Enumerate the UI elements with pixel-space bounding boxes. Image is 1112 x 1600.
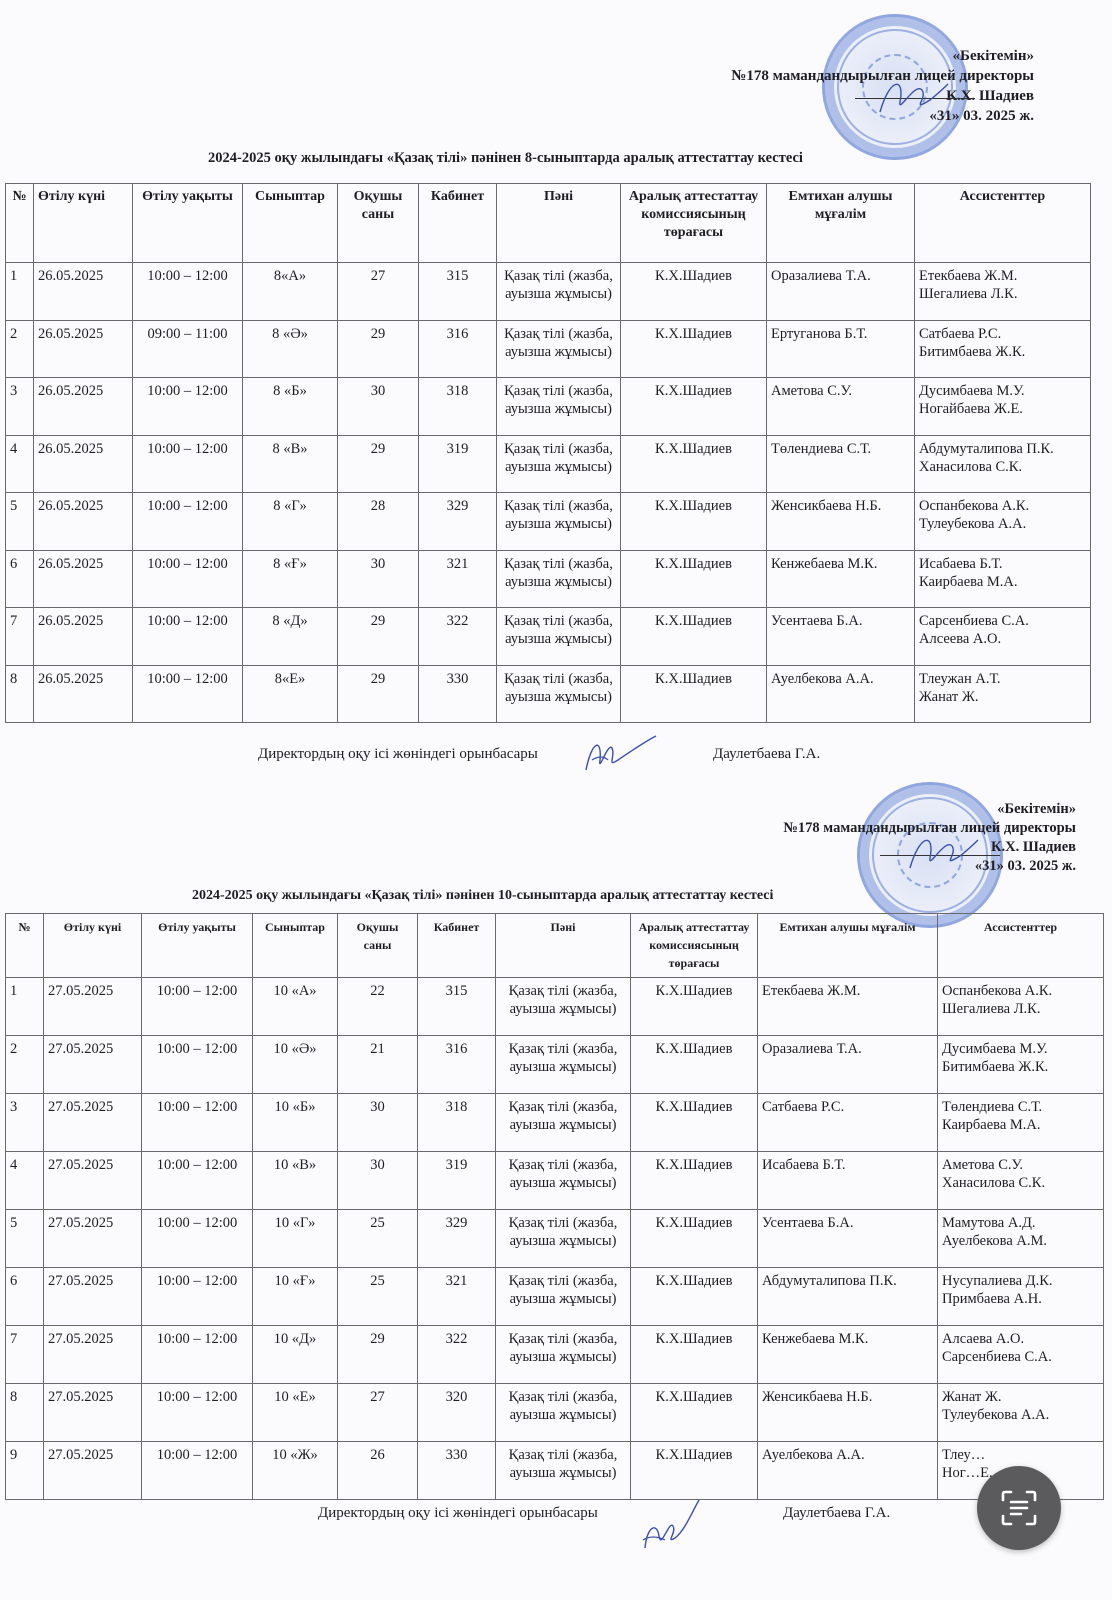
assistant-name: Абдумуталипова П.К. xyxy=(919,440,1086,458)
exam-time: 10:00 – 12:00 xyxy=(133,263,243,321)
table-row: 527.05.202510:00 – 12:0010 «Г»25329Қазақ… xyxy=(6,1210,1104,1268)
approval-label: «Бекітемін» xyxy=(783,800,1076,819)
footer-deputy-name: Даулетбаева Г.А. xyxy=(783,1505,890,1522)
assistants: Дусимбаева М.У.Ногайбаева Ж.Е. xyxy=(915,378,1091,436)
exam-date: 26.05.2025 xyxy=(34,378,133,436)
commission-chair: К.Х.Шадиев xyxy=(631,978,758,1036)
assistants: Төлендиева С.Т.Каирбаева М.А. xyxy=(938,1094,1104,1152)
table-row: 827.05.202510:00 – 12:0010 «Е»27320Қазақ… xyxy=(6,1384,1104,1442)
examiner-teacher: Аметова С.У. xyxy=(767,378,915,436)
table-row: 526.05.202510:00 – 12:008 «Г»28329Қазақ … xyxy=(6,493,1091,551)
exam-date: 27.05.2025 xyxy=(44,978,142,1036)
assistants: Аметова С.У.Ханасилова С.К. xyxy=(938,1152,1104,1210)
approval-block: «Бекітемін» №178 мамандандырылған лицей … xyxy=(783,800,1076,876)
grade10-schedule-table: № Өтілу күні Өтілу уақыты Сыныптар Оқушы… xyxy=(5,913,1104,1500)
col-header-room: Кабинет xyxy=(418,914,496,978)
col-header-time: Өтілу уақыты xyxy=(133,184,243,263)
col-header-number: № xyxy=(6,914,44,978)
student-count: 30 xyxy=(338,550,419,608)
subject: Қазақ тілі (жазба, ауызша жұмысы) xyxy=(497,665,621,723)
subject: Қазақ тілі (жазба, ауызша жұмысы) xyxy=(496,1268,631,1326)
row-number: 5 xyxy=(6,493,34,551)
approval-director-name: К.Х. Шадиев xyxy=(731,86,1034,106)
subject: Қазақ тілі (жазба, ауызша жұмысы) xyxy=(497,493,621,551)
examiner-teacher: Ауелбекова А.А. xyxy=(767,665,915,723)
footer-position: Директордың оқу ісі жөніндегі орынбасары xyxy=(258,746,538,763)
row-number: 6 xyxy=(6,1268,44,1326)
subject: Қазақ тілі (жазба, ауызша жұмысы) xyxy=(496,1036,631,1094)
class-name: 10 «Ә» xyxy=(253,1036,338,1094)
room-number: 322 xyxy=(419,608,497,666)
subject: Қазақ тілі (жазба, ауызша жұмысы) xyxy=(497,435,621,493)
grade8-schedule-table: № Өтілу күні Өтілу уақыты Сыныптар Оқушы… xyxy=(5,183,1091,723)
commission-chair: К.Х.Шадиев xyxy=(621,608,767,666)
class-name: 10 «Д» xyxy=(253,1326,338,1384)
assistants: Исабаева Б.Т.Каирбаева М.А. xyxy=(915,550,1091,608)
table-row: 127.05.202510:00 – 12:0010 «А»22315Қазақ… xyxy=(6,978,1104,1036)
room-number: 319 xyxy=(418,1152,496,1210)
assistants: Етекбаева Ж.М.Шегалиева Л.К. xyxy=(915,263,1091,321)
table-row: 326.05.202510:00 – 12:008 «Б»30318Қазақ … xyxy=(6,378,1091,436)
document-title: 2024-2025 оқу жылындағы «Қазақ тілі» пән… xyxy=(192,888,773,904)
commission-chair: К.Х.Шадиев xyxy=(631,1442,758,1500)
table-row: 427.05.202510:00 – 12:0010 «В»30319Қазақ… xyxy=(6,1152,1104,1210)
table-row: 226.05.202509:00 – 11:008 «Ә»29316Қазақ … xyxy=(6,320,1091,378)
col-header-classes: Сыныптар xyxy=(243,184,338,263)
exam-date: 27.05.2025 xyxy=(44,1442,142,1500)
commission-chair: К.Х.Шадиев xyxy=(621,263,767,321)
class-name: 8 «Б» xyxy=(243,378,338,436)
col-header-classes: Сыныптар xyxy=(253,914,338,978)
assistant-name: Дусимбаева М.У. xyxy=(919,382,1086,400)
class-name: 8 «В» xyxy=(243,435,338,493)
student-count: 29 xyxy=(338,320,419,378)
exam-time: 10:00 – 12:00 xyxy=(142,1268,253,1326)
row-number: 2 xyxy=(6,320,34,378)
assistants: Оспанбекова А.К.Тулеубекова А.А. xyxy=(915,493,1091,551)
assistant-name: Битимбаева Ж.К. xyxy=(942,1058,1099,1076)
subject: Қазақ тілі (жазба, ауызша жұмысы) xyxy=(497,263,621,321)
examiner-teacher: Төлендиева С.Т. xyxy=(767,435,915,493)
subject: Қазақ тілі (жазба, ауызша жұмысы) xyxy=(497,378,621,436)
assistant-name: Примбаева А.Н. xyxy=(942,1290,1099,1308)
exam-time: 10:00 – 12:00 xyxy=(133,550,243,608)
col-header-teacher: Емтихан алушы мұғалім xyxy=(758,914,938,978)
footer-deputy-name: Даулетбаева Г.А. xyxy=(713,746,820,763)
assistant-name: Мамутова А.Д. xyxy=(942,1214,1099,1232)
student-count: 29 xyxy=(338,665,419,723)
student-count: 27 xyxy=(338,263,419,321)
examiner-teacher: Ертуганова Б.Т. xyxy=(767,320,915,378)
row-number: 6 xyxy=(6,550,34,608)
exam-date: 26.05.2025 xyxy=(34,550,133,608)
table-row: 726.05.202510:00 – 12:008 «Д»29322Қазақ … xyxy=(6,608,1091,666)
col-header-assistants: Ассистенттер xyxy=(938,914,1104,978)
col-header-teacher: Емтихан алушы мұғалім xyxy=(767,184,915,263)
scan-text-icon xyxy=(999,1488,1039,1528)
scan-text-button[interactable] xyxy=(977,1466,1061,1550)
commission-chair: К.Х.Шадиев xyxy=(621,378,767,436)
exam-time: 10:00 – 12:00 xyxy=(142,1152,253,1210)
assistant-name: Тлеу… xyxy=(942,1446,1099,1464)
assistant-name: Төлендиева С.Т. xyxy=(942,1098,1099,1116)
assistant-name: Ханасилова С.К. xyxy=(942,1174,1099,1192)
subject: Қазақ тілі (жазба, ауызша жұмысы) xyxy=(497,550,621,608)
exam-time: 10:00 – 12:00 xyxy=(142,1094,253,1152)
commission-chair: К.Х.Шадиев xyxy=(621,493,767,551)
room-number: 315 xyxy=(418,978,496,1036)
commission-chair: К.Х.Шадиев xyxy=(631,1326,758,1384)
assistants: Абдумуталипова П.К.Ханасилова С.К. xyxy=(915,435,1091,493)
student-count: 30 xyxy=(338,378,419,436)
assistants: Оспанбекова А.К.Шегалиева Л.К. xyxy=(938,978,1104,1036)
room-number: 321 xyxy=(418,1268,496,1326)
row-number: 5 xyxy=(6,1210,44,1268)
row-number: 7 xyxy=(6,1326,44,1384)
class-name: 10 «Г» xyxy=(253,1210,338,1268)
commission-chair: К.Х.Шадиев xyxy=(631,1152,758,1210)
footer-position: Директордың оқу ісі жөніндегі орынбасары xyxy=(318,1505,598,1522)
row-number: 8 xyxy=(6,1384,44,1442)
class-name: 8 «Ғ» xyxy=(243,550,338,608)
exam-time: 10:00 – 12:00 xyxy=(142,1326,253,1384)
class-name: 10 «В» xyxy=(253,1152,338,1210)
subject: Қазақ тілі (жазба, ауызша жұмысы) xyxy=(496,978,631,1036)
room-number: 316 xyxy=(419,320,497,378)
exam-date: 27.05.2025 xyxy=(44,1036,142,1094)
table-row: 327.05.202510:00 – 12:0010 «Б»30318Қазақ… xyxy=(6,1094,1104,1152)
student-count: 29 xyxy=(338,435,419,493)
student-count: 27 xyxy=(338,1384,418,1442)
commission-chair: К.Х.Шадиев xyxy=(631,1036,758,1094)
col-header-assistants: Ассистенттер xyxy=(915,184,1091,263)
commission-chair: К.Х.Шадиев xyxy=(621,665,767,723)
exam-date: 26.05.2025 xyxy=(34,608,133,666)
exam-time: 10:00 – 12:00 xyxy=(133,493,243,551)
col-header-students: Оқушы саны xyxy=(338,914,418,978)
examiner-teacher: Кенжебаева М.К. xyxy=(767,550,915,608)
approval-director-title: №178 мамандандырылған лицей директоры xyxy=(731,66,1034,86)
approval-signature-line xyxy=(880,855,1000,856)
row-number: 9 xyxy=(6,1442,44,1500)
assistant-name: Сарсенбиева С.А. xyxy=(942,1348,1099,1366)
class-name: 8«А» xyxy=(243,263,338,321)
commission-chair: К.Х.Шадиев xyxy=(631,1268,758,1326)
exam-date: 27.05.2025 xyxy=(44,1210,142,1268)
subject: Қазақ тілі (жазба, ауызша жұмысы) xyxy=(496,1152,631,1210)
examiner-teacher: Ауелбекова А.А. xyxy=(758,1442,938,1500)
col-header-date: Өтілу күні xyxy=(34,184,133,263)
row-number: 3 xyxy=(6,378,34,436)
deputy-signature-icon xyxy=(578,730,658,778)
row-number: 4 xyxy=(6,1152,44,1210)
student-count: 29 xyxy=(338,1326,418,1384)
exam-date: 26.05.2025 xyxy=(34,320,133,378)
class-name: 10 «Ж» xyxy=(253,1442,338,1500)
assistant-name: Дусимбаева М.У. xyxy=(942,1040,1099,1058)
exam-date: 27.05.2025 xyxy=(44,1326,142,1384)
exam-time: 10:00 – 12:00 xyxy=(142,1384,253,1442)
row-number: 4 xyxy=(6,435,34,493)
row-number: 1 xyxy=(6,263,34,321)
student-count: 29 xyxy=(338,608,419,666)
student-count: 28 xyxy=(338,493,419,551)
col-header-time: Өтілу уақыты xyxy=(142,914,253,978)
examiner-teacher: Кенжебаева М.К. xyxy=(758,1326,938,1384)
assistants: Тлеужан А.Т.Жанат Ж. xyxy=(915,665,1091,723)
room-number: 316 xyxy=(418,1036,496,1094)
class-name: 10 «А» xyxy=(253,978,338,1036)
assistant-name: Етекбаева Ж.М. xyxy=(919,267,1086,285)
examiner-teacher: Женсикбаева Н.Б. xyxy=(758,1384,938,1442)
row-number: 2 xyxy=(6,1036,44,1094)
exam-date: 27.05.2025 xyxy=(44,1152,142,1210)
room-number: 315 xyxy=(419,263,497,321)
room-number: 330 xyxy=(419,665,497,723)
subject: Қазақ тілі (жазба, ауызша жұмысы) xyxy=(496,1442,631,1500)
student-count: 21 xyxy=(338,1036,418,1094)
exam-date: 27.05.2025 xyxy=(44,1094,142,1152)
examiner-teacher: Женсикбаева Н.Б. xyxy=(767,493,915,551)
assistant-name: Алсеева А.О. xyxy=(919,630,1086,648)
table-row: 826.05.202510:00 – 12:008«Е»29330Қазақ т… xyxy=(6,665,1091,723)
approval-date: «31» 03. 2025 ж. xyxy=(731,106,1034,126)
exam-date: 26.05.2025 xyxy=(34,493,133,551)
table-header-row: № Өтілу күні Өтілу уақыты Сыныптар Оқушы… xyxy=(6,184,1091,263)
exam-date: 27.05.2025 xyxy=(44,1384,142,1442)
exam-date: 26.05.2025 xyxy=(34,263,133,321)
approval-block: «Бекітемін» №178 мамандандырылған лицей … xyxy=(731,46,1034,126)
assistant-name: Тулеубекова А.А. xyxy=(942,1406,1099,1424)
assistant-name: Сарсенбиева С.А. xyxy=(919,612,1086,630)
exam-time: 10:00 – 12:00 xyxy=(142,1036,253,1094)
approval-signature-line xyxy=(855,98,975,99)
commission-chair: К.Х.Шадиев xyxy=(621,435,767,493)
room-number: 329 xyxy=(419,493,497,551)
subject: Қазақ тілі (жазба, ауызша жұмысы) xyxy=(496,1094,631,1152)
student-count: 22 xyxy=(338,978,418,1036)
assistant-name: Ауелбекова А.М. xyxy=(942,1232,1099,1250)
table-row: 126.05.202510:00 – 12:008«А»27315Қазақ т… xyxy=(6,263,1091,321)
assistants: Нусупалиева Д.К.Примбаева А.Н. xyxy=(938,1268,1104,1326)
assistants: Сатбаева Р.С.Битимбаева Ж.К. xyxy=(915,320,1091,378)
subject: Қазақ тілі (жазба, ауызша жұмысы) xyxy=(497,320,621,378)
assistant-name: Оспанбекова А.К. xyxy=(919,497,1086,515)
class-name: 10 «Б» xyxy=(253,1094,338,1152)
row-number: 1 xyxy=(6,978,44,1036)
col-header-chair: Аралық аттестаттау комиссиясының төрағас… xyxy=(621,184,767,263)
assistants: Сарсенбиева С.А.Алсеева А.О. xyxy=(915,608,1091,666)
exam-time: 10:00 – 12:00 xyxy=(133,665,243,723)
table-row: 927.05.202510:00 – 12:0010 «Ж»26330Қазақ… xyxy=(6,1442,1104,1500)
table-row: 227.05.202510:00 – 12:0010 «Ә»21316Қазақ… xyxy=(6,1036,1104,1094)
assistant-name: Шегалиева Л.К. xyxy=(919,285,1086,303)
assistant-name: Оспанбекова А.К. xyxy=(942,982,1099,1000)
commission-chair: К.Х.Шадиев xyxy=(631,1384,758,1442)
assistant-name: Шегалиева Л.К. xyxy=(942,1000,1099,1018)
row-number: 8 xyxy=(6,665,34,723)
table-header-row: № Өтілу күні Өтілу уақыты Сыныптар Оқушы… xyxy=(6,914,1104,978)
assistants: Дусимбаева М.У.Битимбаева Ж.К. xyxy=(938,1036,1104,1094)
student-count: 25 xyxy=(338,1210,418,1268)
exam-date: 27.05.2025 xyxy=(44,1268,142,1326)
room-number: 322 xyxy=(418,1326,496,1384)
assistant-name: Тулеубекова А.А. xyxy=(919,515,1086,533)
assistant-name: Сатбаева Р.С. xyxy=(919,325,1086,343)
room-number: 319 xyxy=(419,435,497,493)
exam-time: 10:00 – 12:00 xyxy=(142,1210,253,1268)
class-name: 10 «Е» xyxy=(253,1384,338,1442)
class-name: 8 «Ә» xyxy=(243,320,338,378)
assistant-name: Тлеужан А.Т. xyxy=(919,670,1086,688)
subject: Қазақ тілі (жазба, ауызша жұмысы) xyxy=(496,1384,631,1442)
commission-chair: К.Х.Шадиев xyxy=(621,320,767,378)
room-number: 321 xyxy=(419,550,497,608)
student-count: 25 xyxy=(338,1268,418,1326)
room-number: 330 xyxy=(418,1442,496,1500)
table-row: 426.05.202510:00 – 12:008 «В»29319Қазақ … xyxy=(6,435,1091,493)
class-name: 8 «Д» xyxy=(243,608,338,666)
col-header-room: Кабинет xyxy=(419,184,497,263)
student-count: 30 xyxy=(338,1152,418,1210)
commission-chair: К.Х.Шадиев xyxy=(631,1094,758,1152)
exam-time: 10:00 – 12:00 xyxy=(133,435,243,493)
subject: Қазақ тілі (жазба, ауызша жұмысы) xyxy=(496,1326,631,1384)
exam-time: 10:00 – 12:00 xyxy=(142,1442,253,1500)
exam-date: 26.05.2025 xyxy=(34,665,133,723)
room-number: 329 xyxy=(418,1210,496,1268)
examiner-teacher: Усентаева Б.А. xyxy=(767,608,915,666)
exam-date: 26.05.2025 xyxy=(34,435,133,493)
assistants: Жанат Ж.Тулеубекова А.А. xyxy=(938,1384,1104,1442)
approval-date: «31» 03. 2025 ж. xyxy=(783,857,1076,876)
exam-time: 10:00 – 12:00 xyxy=(133,378,243,436)
examiner-teacher: Оразалиева Т.А. xyxy=(767,263,915,321)
room-number: 318 xyxy=(418,1094,496,1152)
assistant-name: Жанат Ж. xyxy=(942,1388,1099,1406)
class-name: 8«Е» xyxy=(243,665,338,723)
examiner-teacher: Усентаева Б.А. xyxy=(758,1210,938,1268)
row-number: 3 xyxy=(6,1094,44,1152)
assistant-name: Ханасилова С.К. xyxy=(919,458,1086,476)
exam-time: 10:00 – 12:00 xyxy=(133,608,243,666)
exam-time: 10:00 – 12:00 xyxy=(142,978,253,1036)
approval-label: «Бекітемін» xyxy=(731,46,1034,66)
class-name: 10 «Ғ» xyxy=(253,1268,338,1326)
col-header-chair: Аралық аттестаттау комиссиясының төрағас… xyxy=(631,914,758,978)
table-row: 727.05.202510:00 – 12:0010 «Д»29322Қазақ… xyxy=(6,1326,1104,1384)
col-header-number: № xyxy=(6,184,34,263)
assistant-name: Каирбаева М.А. xyxy=(919,573,1086,591)
assistants: Алсаева А.О.Сарсенбиева С.А. xyxy=(938,1326,1104,1384)
student-count: 26 xyxy=(338,1442,418,1500)
exam-time: 09:00 – 11:00 xyxy=(133,320,243,378)
col-header-students: Оқушы саны xyxy=(338,184,419,263)
assistant-name: Ногайбаева Ж.Е. xyxy=(919,400,1086,418)
subject: Қазақ тілі (жазба, ауызша жұмысы) xyxy=(496,1210,631,1268)
student-count: 30 xyxy=(338,1094,418,1152)
assistant-name: Каирбаева М.А. xyxy=(942,1116,1099,1134)
examiner-teacher: Исабаева Б.Т. xyxy=(758,1152,938,1210)
deputy-signature-icon xyxy=(635,1496,705,1556)
assistant-name: Жанат Ж. xyxy=(919,688,1086,706)
assistant-name: Аметова С.У. xyxy=(942,1156,1099,1174)
approval-director-title: №178 мамандандырылған лицей директоры xyxy=(783,819,1076,838)
class-name: 8 «Г» xyxy=(243,493,338,551)
assistant-name: Алсаева А.О. xyxy=(942,1330,1099,1348)
col-header-subject: Пәні xyxy=(496,914,631,978)
room-number: 320 xyxy=(418,1384,496,1442)
table-row: 626.05.202510:00 – 12:008 «Ғ»30321Қазақ … xyxy=(6,550,1091,608)
examiner-teacher: Абдумуталипова П.К. xyxy=(758,1268,938,1326)
commission-chair: К.Х.Шадиев xyxy=(621,550,767,608)
commission-chair: К.Х.Шадиев xyxy=(631,1210,758,1268)
room-number: 318 xyxy=(419,378,497,436)
examiner-teacher: Оразалиева Т.А. xyxy=(758,1036,938,1094)
assistant-name: Битимбаева Ж.К. xyxy=(919,343,1086,361)
assistant-name: Исабаева Б.Т. xyxy=(919,555,1086,573)
row-number: 7 xyxy=(6,608,34,666)
examiner-teacher: Етекбаева Ж.М. xyxy=(758,978,938,1036)
col-header-subject: Пәні xyxy=(497,184,621,263)
col-header-date: Өтілу күні xyxy=(44,914,142,978)
table-row: 627.05.202510:00 – 12:0010 «Ғ»25321Қазақ… xyxy=(6,1268,1104,1326)
examiner-teacher: Сатбаева Р.С. xyxy=(758,1094,938,1152)
document-title: 2024-2025 оқу жылындағы «Қазақ тілі» пән… xyxy=(208,150,803,167)
assistant-name: Нусупалиева Д.К. xyxy=(942,1272,1099,1290)
subject: Қазақ тілі (жазба, ауызша жұмысы) xyxy=(497,608,621,666)
assistants: Мамутова А.Д.Ауелбекова А.М. xyxy=(938,1210,1104,1268)
